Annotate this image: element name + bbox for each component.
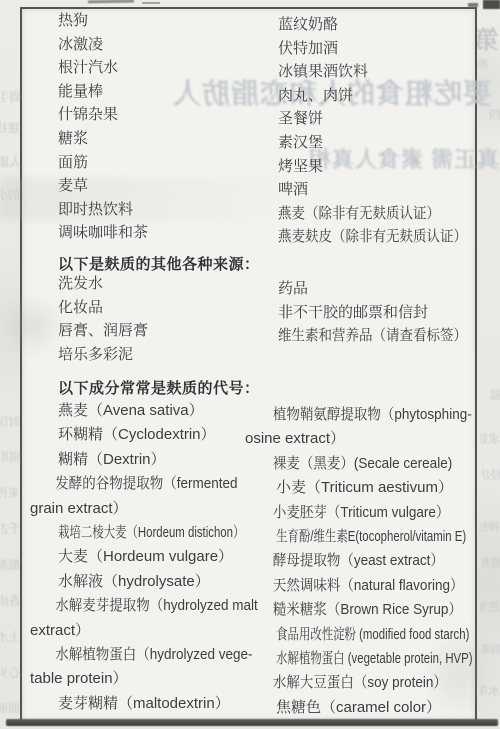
list-item: 水解大豆蛋白（soy protein） [245, 671, 500, 695]
bleedthrough-text: 香成 [1, 592, 21, 609]
page-bottom-edge [6, 719, 498, 726]
section2-left-column: 洗发水 化妆品 唇膏、润唇膏 培乐多彩泥 [58, 272, 148, 366]
list-item: 生育酚/维生素E(tocopherol/vitamin E) [245, 525, 473, 549]
list-item: 面筋 [58, 151, 148, 175]
list-item: 蓝纹奶酪 [278, 13, 488, 37]
list-item: 栽培二棱大麦（Hordeum distichon） [30, 521, 244, 545]
list-item-continuation: osine extract） [245, 427, 500, 451]
bleedthrough-text: 人能 [1, 153, 21, 170]
list-item: 烤坚果 [278, 155, 488, 179]
list-item: 素汉堡 [278, 131, 488, 155]
list-item: 什锦杂果 [58, 103, 148, 127]
list-item: 裸麦（黑麦）(Secale cereale) [245, 452, 500, 476]
list-item: 调味咖啡和茶 [58, 221, 148, 245]
list-item: 根汁汽水 [58, 56, 148, 80]
scan-artifact [88, 0, 134, 3]
list-item: 天然调味料（natural flavoring） [245, 574, 500, 598]
bleedthrough-text: 千古 [1, 520, 21, 537]
bleedthrough-text: 碍手 [1, 88, 21, 105]
list-item: 热狗 [58, 9, 148, 33]
list-item: 燕麦（除非有无麸质认证） [278, 202, 467, 226]
list-item: 燕麦麸皮（除非有无麸质认证） [278, 225, 467, 249]
list-item: 维生素和营养品（请查看标签） [278, 324, 467, 348]
section1-right-column: 蓝纹奶酪 伏特加酒 冰镇果酒饮料 肉丸、肉饼 圣餐饼 素汉堡 烤坚果 啤酒 燕麦… [278, 13, 488, 249]
list-item: 化妆品 [58, 296, 148, 320]
bleedthrough-text: 建社 [0, 119, 20, 136]
list-item: 焦糖色（caramel color） [245, 696, 500, 720]
bleedthrough-text: 福 [482, 386, 500, 403]
list-item: 水解植物蛋白 (vegetable protein, HVP) [245, 647, 473, 671]
code-names-heading: 以下成分常常是麸质的代号： [58, 377, 260, 398]
list-item: 肉丸、肉饼 [278, 84, 488, 108]
scanned-page: 第3章 养脑的食谱 滋养我们的记忆与故乡的故事流 要吃粗食的人和恋脂肪人 关于大… [0, 0, 500, 729]
scan-artifact [142, 2, 160, 4]
bleedthrough-text: 上水 [0, 628, 20, 645]
list-item: 酵母提取物（yeast extract） [245, 549, 500, 573]
section3-right-column: 植物鞘氨醇提取物（phytosphing- osine extract） 裸麦（… [245, 403, 500, 720]
list-item: 即时热饮料 [58, 198, 148, 222]
other-sources-heading: 以下是麸质的其他各种来源： [58, 253, 260, 274]
list-item: 冰镇果酒饮料 [278, 60, 488, 84]
bleedthrough-text: 面前 [0, 699, 20, 716]
list-item: 培乐多彩泥 [58, 343, 148, 367]
list-item: 糖浆 [58, 127, 148, 151]
bleedthrough-text: 别用 [1, 448, 21, 465]
list-item: 啤酒 [278, 178, 488, 202]
section2-right-column: 药品 非不干胶的邮票和信封 维生素和营养品（请查看标签） [278, 277, 488, 348]
bleedthrough-text: 时国 [0, 413, 20, 430]
bleedthrough-text: 的小 [0, 186, 20, 203]
list-item: 药品 [278, 277, 488, 301]
list-item: 小麦（Triticum aestivum） [245, 476, 500, 500]
list-item: 圣餐饼 [278, 107, 488, 131]
bleedthrough-text: 心头 [1, 664, 21, 681]
list-item: 唇膏、润唇膏 [58, 319, 148, 343]
scan-artifact [483, 0, 500, 9]
list-item: 洗发水 [58, 272, 148, 296]
list-item: 糙米糖浆（Brown Rice Syrup） [245, 598, 500, 622]
list-item: 伏特加酒 [278, 37, 488, 61]
list-item: 小麦胚芽（Triticum vulgare） [245, 501, 500, 525]
list-item: 能量棒 [58, 80, 148, 104]
list-item: 冰激凌 [58, 33, 148, 57]
list-item: 植物鞘氨醇提取物（phytosphing- [245, 403, 500, 427]
list-item: 食品用改性淀粉 (modified food starch) [245, 623, 473, 647]
section1-left-column: 热狗 冰激凌 根汁汽水 能量棒 什锦杂果 糖浆 面筋 麦草 即时热饮料 调味咖啡… [58, 9, 148, 245]
bleedthrough-text: 来传 [0, 484, 20, 501]
list-item: 非不干胶的邮票和信封 [278, 301, 488, 325]
list-item: 麦草 [58, 174, 148, 198]
bleedthrough-text: 酿颜 [0, 556, 20, 573]
